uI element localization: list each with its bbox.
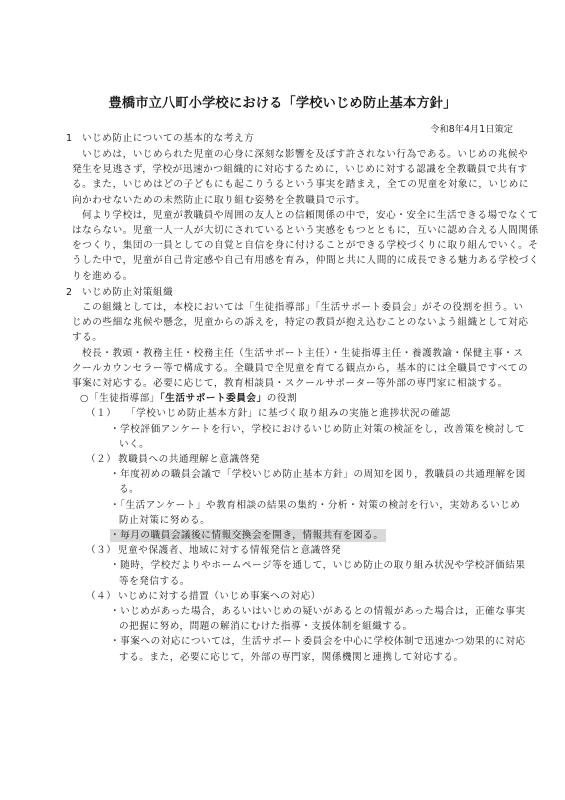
document-page: 豊橋市立八町小学校における「学校いじめ防止基本方針」 令和8年4月1日策定 1 … <box>0 0 565 800</box>
roles-heading-prefix: ○「生徒指導部」 <box>80 393 160 404</box>
item-bullet-line: ・いじめがあった場合，あるいはいじめの疑いがあるとの情報があった場合は，正確な事… <box>110 606 526 618</box>
section-1-paragraph-line: はならない。児童一人一人が大切にされているという実感をもつとともに，互いに認め合… <box>72 225 539 237</box>
roles-heading-bold: 「生活サポート委員会」 <box>160 393 267 404</box>
section-2-paragraph-line: 事案に対応する。必要に応じて，教育相談員・スクールサポーター等外部の専門家に相談… <box>72 378 508 390</box>
item-bullet-line: する。また，必要に応じて，外部の専門家，関係機関と連携して対応する。 <box>119 652 464 664</box>
section-2-number: 2 <box>66 287 73 299</box>
item-title: 教職員への共通理解と意識啓発 <box>118 454 260 466</box>
item-bullet-line: 等を発信する。 <box>119 576 190 588</box>
item-number: （１） <box>86 408 116 420</box>
section-2-paragraph-line: じめの些細な兆候や懸念，児童からの訴えを，特定の教員が抱え込むことのないよう組織… <box>72 317 528 329</box>
section-1-paragraph-line: うした中で，児童が自己肯定感や自己有用感を育み，仲間と共に人間的に成長できる魅力… <box>72 255 539 267</box>
section-1-heading: いじめ防止についての基本的な考え方 <box>82 133 254 145</box>
section-2-paragraph-line: 校長・教頭・教務主任・校務主任（生活サポート主任）・生徒指導主任・養護教諭・保健… <box>82 348 524 360</box>
document-date: 令和8年4月1日策定 <box>430 121 513 135</box>
item-number: （４） <box>86 591 116 603</box>
item-bullet-line: の把握に努め，問題の解消にむけた指導・支援体制を組織する。 <box>119 621 413 633</box>
section-1-paragraph-line: をつくり，集団の一員としての自覚と自信を身に付けることができる学校づくりに取り組… <box>72 240 538 252</box>
roles-heading-suffix: の役割 <box>267 393 297 404</box>
item-bullet-line: 防止対策に努める。 <box>119 515 210 527</box>
document-title: 豊橋市立八町小学校における「学校いじめ防止基本方針」 <box>0 92 565 111</box>
section-1-paragraph-line: 向かわせないための未然防止に取り組む姿勢を全教職員で示す。 <box>72 195 365 207</box>
item-bullet-line: ・「生活アンケート」や教育相談の結果の集約・分析・対策の検討を行い，実効あるいじ… <box>110 500 521 512</box>
section-2-paragraph-line: クールカウンセラー等で構成する。全職員で全児童を育てる観点から，基本的には全職員… <box>72 363 528 375</box>
item-bullet-line: る。 <box>119 484 139 496</box>
section-2-paragraph-line: この組織としては，本校においては「生徒指導部」「生活サポート委員会」がその役割を… <box>82 302 524 314</box>
item-number: （３） <box>86 545 116 557</box>
item-bullet-line: ・学校評価アンケートを行い，学校におけるいじめ防止対策の検証をし，改善策を検討し… <box>110 424 525 436</box>
item-title: いじめに対する措置（いじめ事案への対応） <box>118 591 321 603</box>
highlighted-bullet-line: ・毎月の職員会議後に情報交換会を開き，情報共有を図る。 <box>110 530 386 542</box>
section-2-paragraph-line: する。 <box>72 332 102 344</box>
item-number: （２） <box>86 454 116 466</box>
item-bullet-line: ・事案への対応については，生活サポート委員会を中心に学校体制で迅速かつ効果的に対… <box>110 636 526 648</box>
highlight: ・毎月の職員会議後に情報交換会を開き，情報共有を図る。 <box>110 529 386 542</box>
item-bullet-line: ・随時，学校だよりやホームページ等を通して，いじめ防止の取り組み状況や学校評価結… <box>110 560 526 572</box>
section-1-number: 1 <box>66 133 73 145</box>
item-bullet-line: いく。 <box>119 439 149 451</box>
item-title: 「学校いじめ防止基本方針」に基づく取り組みの実施と進捗状況の確認 <box>126 408 451 420</box>
section-1-paragraph-line: 何より学校は，児童が教職員や周囲の友人との信頼関係の中で，安心・安全に生活できる… <box>82 210 538 222</box>
section-1-paragraph-line: る。また，いじめはどの子どもにも起こりうるという事実を踏まえ，全ての児童を対象に… <box>72 179 529 191</box>
section-1-paragraph-line: いじめは，いじめられた児童の心身に深刻な影響を及ぼす許されない行為である。いじめ… <box>82 149 528 161</box>
section-1-paragraph-line: りを進める。 <box>72 271 133 283</box>
item-bullet-line: ・年度初めの職員会議で「学校いじめ防止基本方針」の周知を図り，教職員の共通理解を… <box>110 469 526 481</box>
item-title: 児童や保護者、地域に対する情報発信と意識啓発 <box>118 545 341 557</box>
section-1-paragraph-line: 発生を見逃さず，学校が迅速かつ組織的に対応するために，いじめに対する認識を全教職… <box>72 164 528 176</box>
roles-heading: ○「生徒指導部」「生活サポート委員会」の役割 <box>80 393 297 405</box>
section-2-heading: いじめ防止対策組織 <box>82 287 173 299</box>
